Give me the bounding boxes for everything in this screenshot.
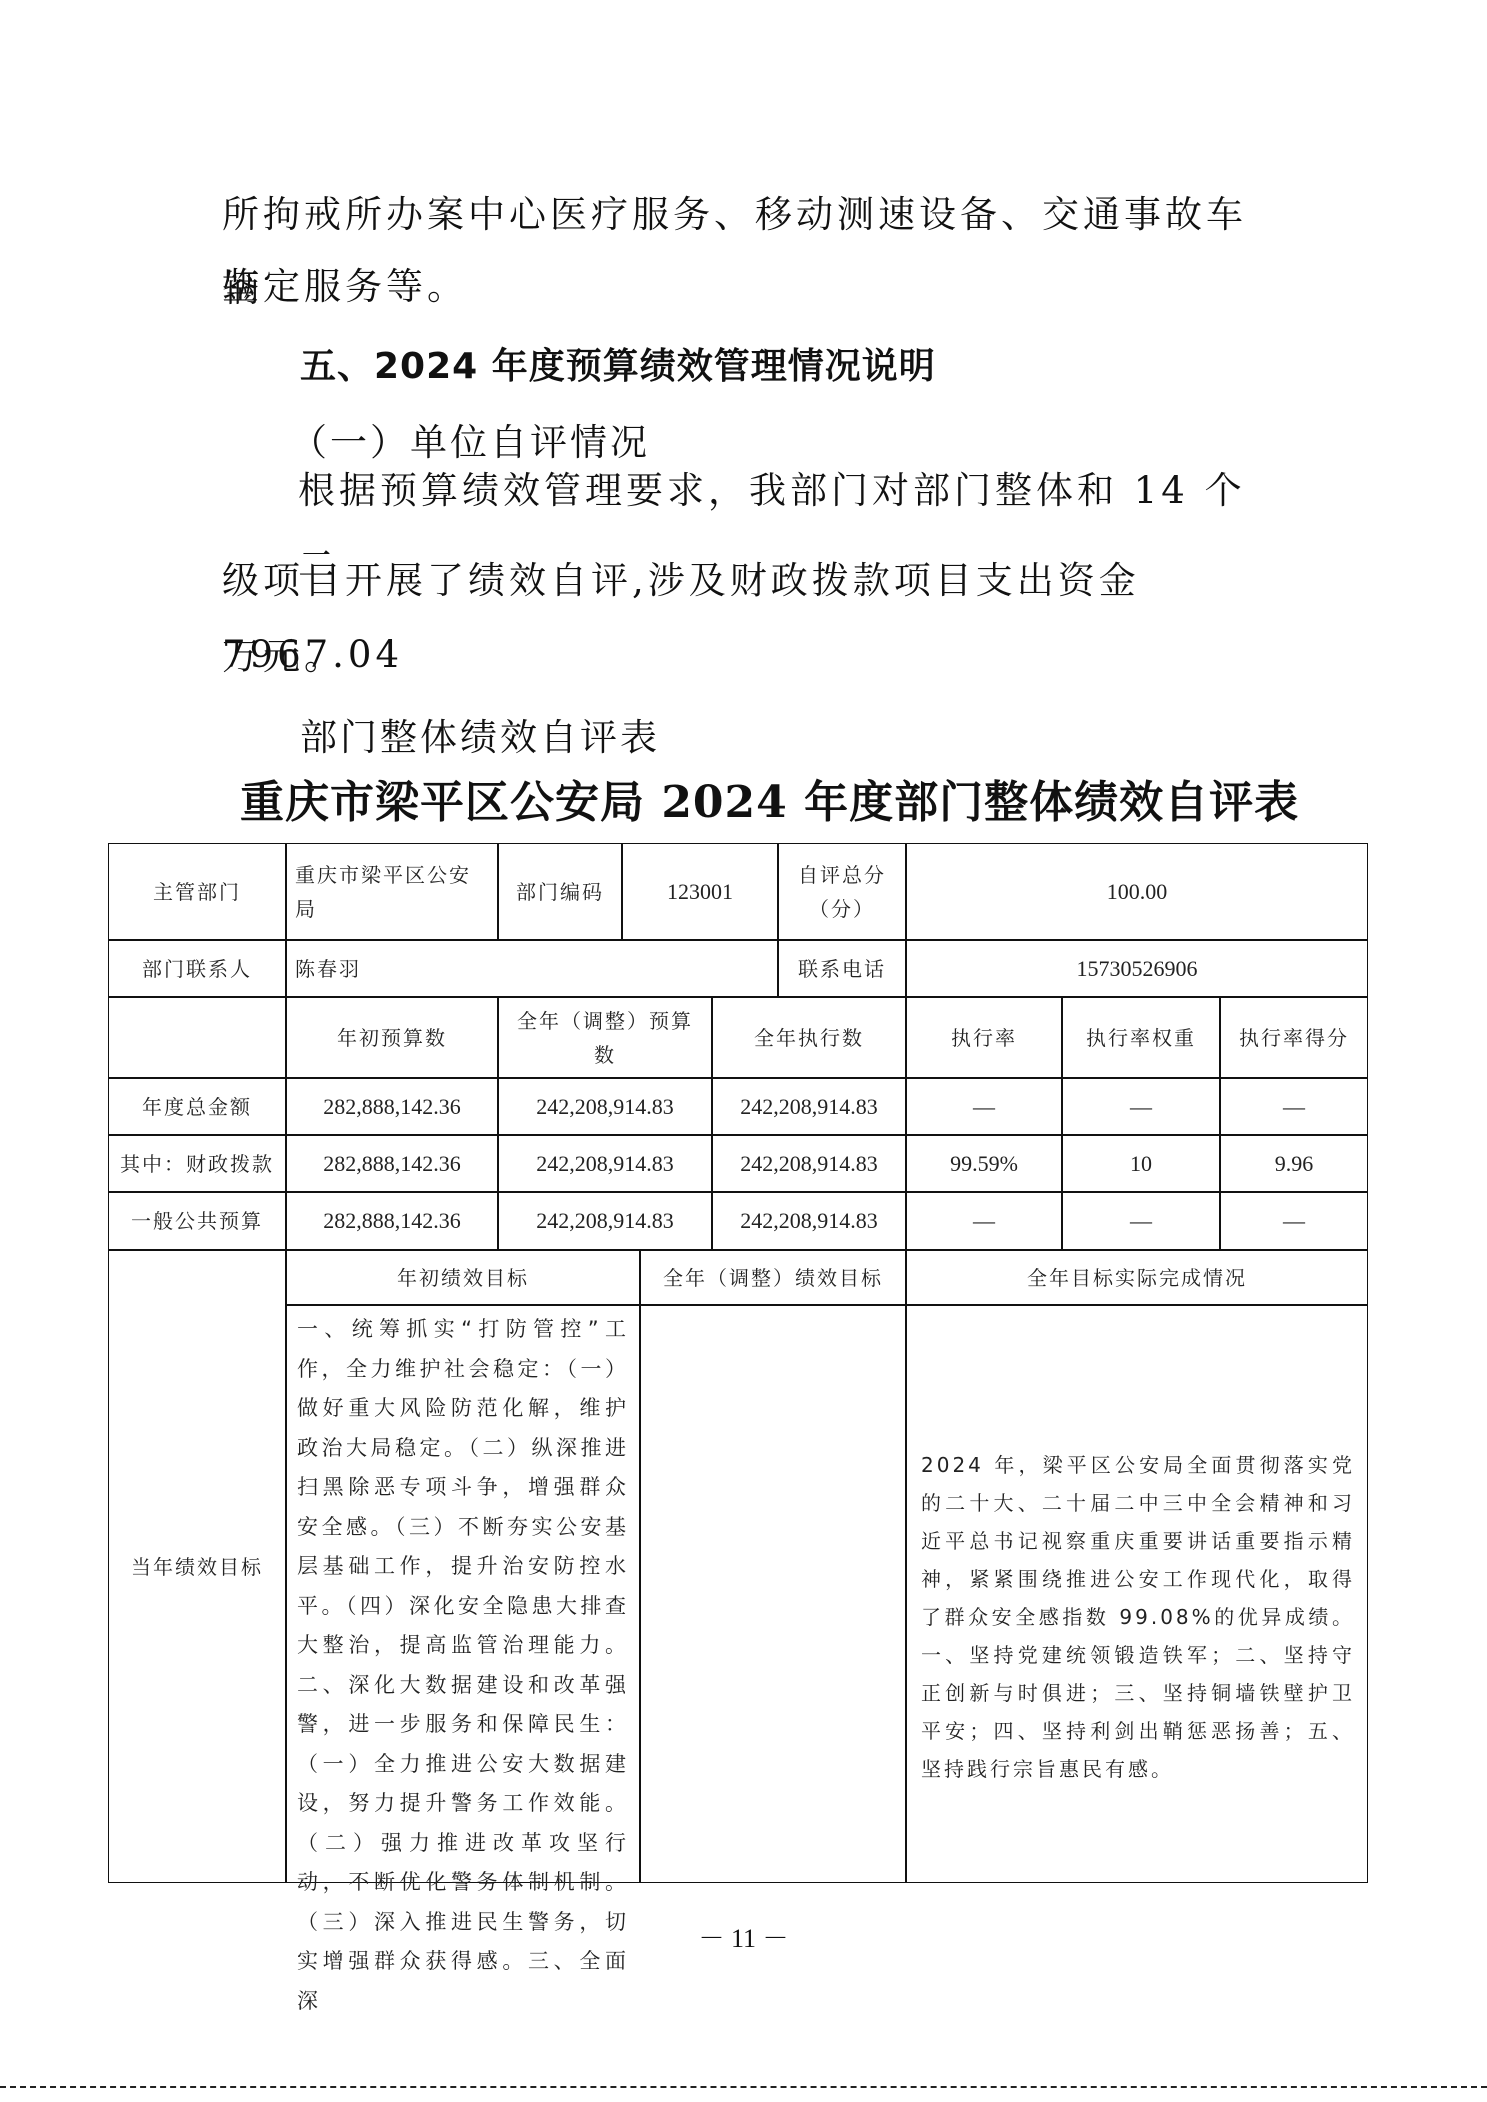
actual-results-text: 2024 年，梁平区公安局全面贯彻落实党的二十大、二十届二中三中全会精神和习近平… (906, 1305, 1368, 1883)
goals-row-label: 当年绩效目标 (108, 1250, 286, 1883)
budget-row-rate: — (906, 1078, 1062, 1135)
budget-row-initial: 282,888,142.36 (286, 1078, 498, 1135)
para-line-3: 万元。 (222, 620, 1262, 694)
code-value: 123001 (622, 843, 778, 940)
dept-value: 重庆市梁平区公安局 (286, 843, 498, 940)
phone-value: 15730526906 (906, 940, 1368, 997)
table-label: 部门整体绩效自评表 (300, 707, 660, 761)
intro-line-2: 鉴定服务等。 (222, 250, 1262, 324)
budget-header-initial: 年初预算数 (286, 997, 498, 1078)
budget-row-score: 9.96 (1220, 1135, 1368, 1192)
goals-header-actual: 全年目标实际完成情况 (906, 1250, 1368, 1305)
scan-edge-line (0, 2086, 1487, 2088)
budget-row-initial: 282,888,142.36 (286, 1135, 498, 1192)
budget-row-executed: 242,208,914.83 (712, 1078, 906, 1135)
budget-row-score: — (1220, 1192, 1368, 1250)
budget-header-executed: 全年执行数 (712, 997, 906, 1078)
contact-value: 陈春羽 (286, 940, 778, 997)
section-heading: 五、2024 年度预算绩效管理情况说明 (300, 338, 936, 389)
budget-header-weight: 执行率权重 (1062, 997, 1220, 1078)
phone-label: 联系电话 (778, 940, 906, 997)
adjusted-goals-text (640, 1305, 906, 1883)
score-label: 自评总分（分） (778, 843, 906, 940)
goals-header-initial: 年初绩效目标 (286, 1250, 640, 1305)
score-value: 100.00 (906, 843, 1368, 940)
budget-header-rate: 执行率 (906, 997, 1062, 1078)
budget-row-weight: — (1062, 1192, 1220, 1250)
goals-header-adjusted: 全年（调整）绩效目标 (640, 1250, 906, 1305)
budget-row-weight: 10 (1062, 1135, 1220, 1192)
budget-row-adjusted: 242,208,914.83 (498, 1192, 712, 1250)
budget-header-adjusted: 全年（调整）预算数 (498, 997, 712, 1078)
budget-row-rate: — (906, 1192, 1062, 1250)
budget-row-executed: 242,208,914.83 (712, 1135, 906, 1192)
budget-row-executed: 242,208,914.83 (712, 1192, 906, 1250)
budget-row-initial: 282,888,142.36 (286, 1192, 498, 1250)
budget-row-score: — (1220, 1078, 1368, 1135)
budget-row-label: 年度总金额 (108, 1078, 286, 1135)
budget-row-adjusted: 242,208,914.83 (498, 1135, 712, 1192)
budget-header-score: 执行率得分 (1220, 997, 1368, 1078)
budget-row-label: 其中：财政拨款 (108, 1135, 286, 1192)
budget-row-weight: — (1062, 1078, 1220, 1135)
budget-header-blank (108, 997, 286, 1078)
code-label: 部门编码 (498, 843, 622, 940)
document-title: 重庆市梁平区公安局 2024 年度部门整体绩效自评表 (240, 766, 1299, 830)
dept-label: 主管部门 (108, 843, 286, 940)
page-number: － 11 － (0, 1918, 1487, 1955)
budget-row-rate: 99.59% (906, 1135, 1062, 1192)
contact-label: 部门联系人 (108, 940, 286, 997)
budget-row-adjusted: 242,208,914.83 (498, 1078, 712, 1135)
budget-row-label: 一般公共预算 (108, 1192, 286, 1250)
initial-goals-text: 一、统筹抓实“打防管控”工作，全力维护社会稳定：（一）做好重大风险防范化解，维护… (286, 1305, 640, 1883)
